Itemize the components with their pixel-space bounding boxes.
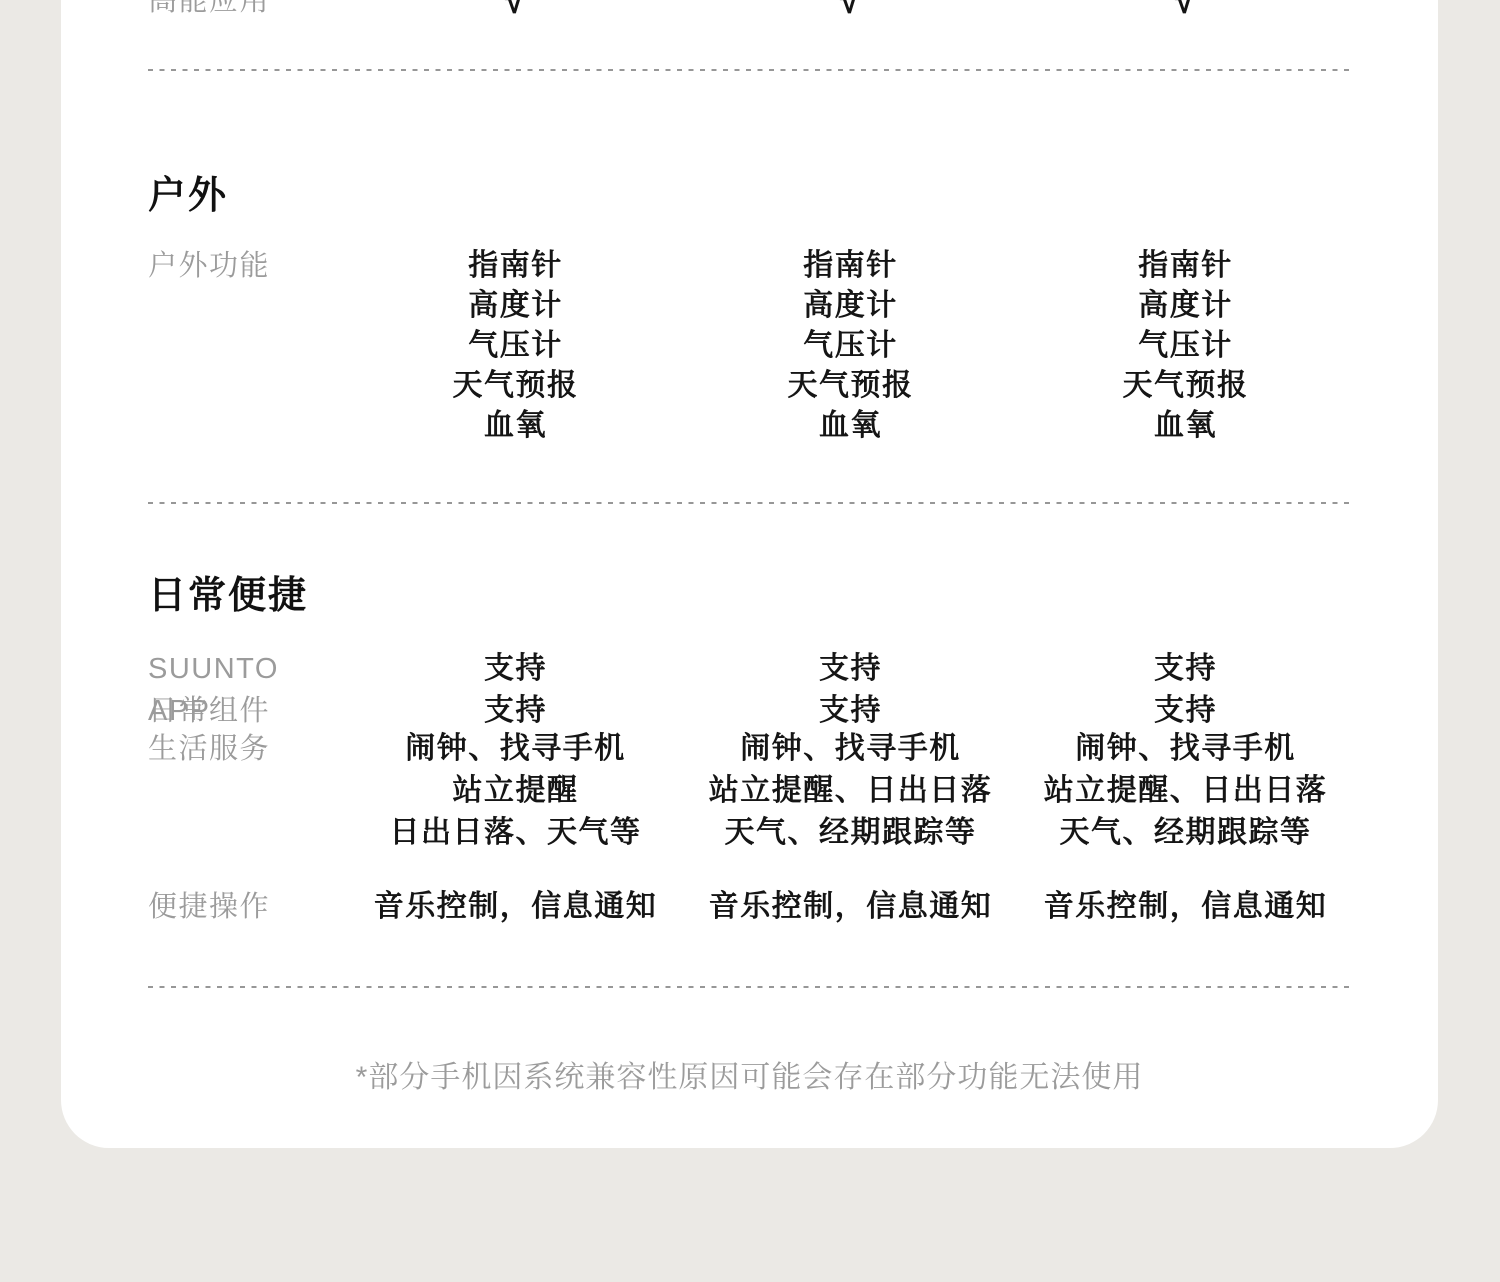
row-label-quick-ops: 便捷操作 [148,886,348,928]
feature-line: 高度计 [348,286,683,326]
feature-line: 天气预报 [1018,366,1353,406]
feature-line: 日出日落、天气等 [348,812,683,854]
checkmark-icon: √ [348,0,683,18]
row-label-outdoor-features: 户外功能 [148,246,348,446]
section-divider [148,502,1353,504]
row-label-life-services: 生活服务 [148,728,348,854]
feature-line: 血氧 [683,406,1018,446]
feature-line: 站立提醒 [348,770,683,812]
cell-col2: 音乐控制，信息通知 [683,886,1018,928]
feature-line: 天气预报 [683,366,1018,406]
feature-line: 闹钟、找寻手机 [348,728,683,770]
row-label-apps: 高能应用 [148,0,348,18]
feature-line: 气压计 [348,326,683,366]
feature-line: 高度计 [1018,286,1353,326]
feature-line: 指南针 [1018,246,1353,286]
cell-col1: 音乐控制，信息通知 [348,886,683,928]
cell-col1: 闹钟、找寻手机 站立提醒 日出日落、天气等 [348,728,683,854]
feature-line: 闹钟、找寻手机 [683,728,1018,770]
feature-line: 天气预报 [348,366,683,406]
compatibility-footnote: *部分手机因系统兼容性原因可能会存在部分功能无法使用 [61,1052,1438,1096]
feature-line: 天气、经期跟踪等 [1018,812,1353,854]
feature-line: 站立提醒、日出日落 [1018,770,1353,812]
section-divider [148,69,1353,71]
feature-line: 血氧 [1018,406,1353,446]
table-row-outdoor-features: 户外功能 指南针 高度计 气压计 天气预报 血氧 指南针 高度计 气压计 天气预… [148,246,1353,446]
checkmark-icon: √ [1018,0,1353,18]
feature-line: 站立提醒、日出日落 [683,770,1018,812]
table-row-quick-ops: 便捷操作 音乐控制，信息通知 音乐控制，信息通知 音乐控制，信息通知 [148,886,1353,928]
table-row-apps-clipped: 高能应用 √ √ √ [148,0,1353,18]
feature-line: 气压计 [683,326,1018,366]
feature-line: 血氧 [348,406,683,446]
feature-line: 指南针 [348,246,683,286]
feature-line: 天气、经期跟踪等 [683,812,1018,854]
cell-col1: 指南针 高度计 气压计 天气预报 血氧 [348,246,683,446]
feature-line: 高度计 [683,286,1018,326]
cell-col2: 指南针 高度计 气压计 天气预报 血氧 [683,246,1018,446]
cell-col3: 音乐控制，信息通知 [1018,886,1353,928]
cell-col3: 指南针 高度计 气压计 天气预报 血氧 [1018,246,1353,446]
table-row-daily-widgets: 日常组件 支持 支持 支持 [148,690,1353,732]
feature-line: 气压计 [1018,326,1353,366]
cell-col1: 支持 [348,690,683,732]
section-title-daily: 日常便捷 [148,564,308,619]
cell-col2: 支持 [683,690,1018,732]
cell-col2: 闹钟、找寻手机 站立提醒、日出日落 天气、经期跟踪等 [683,728,1018,854]
section-divider [148,986,1353,988]
table-row-life-services: 生活服务 闹钟、找寻手机 站立提醒 日出日落、天气等 闹钟、找寻手机 站立提醒、… [148,728,1353,854]
cell-col3: 闹钟、找寻手机 站立提醒、日出日落 天气、经期跟踪等 [1018,728,1353,854]
row-label-daily-widgets: 日常组件 [148,690,348,732]
section-title-outdoor: 户外 [148,164,228,219]
feature-line: 指南针 [683,246,1018,286]
checkmark-icon: √ [683,0,1018,18]
feature-line: 闹钟、找寻手机 [1018,728,1353,770]
cell-col3: 支持 [1018,690,1353,732]
